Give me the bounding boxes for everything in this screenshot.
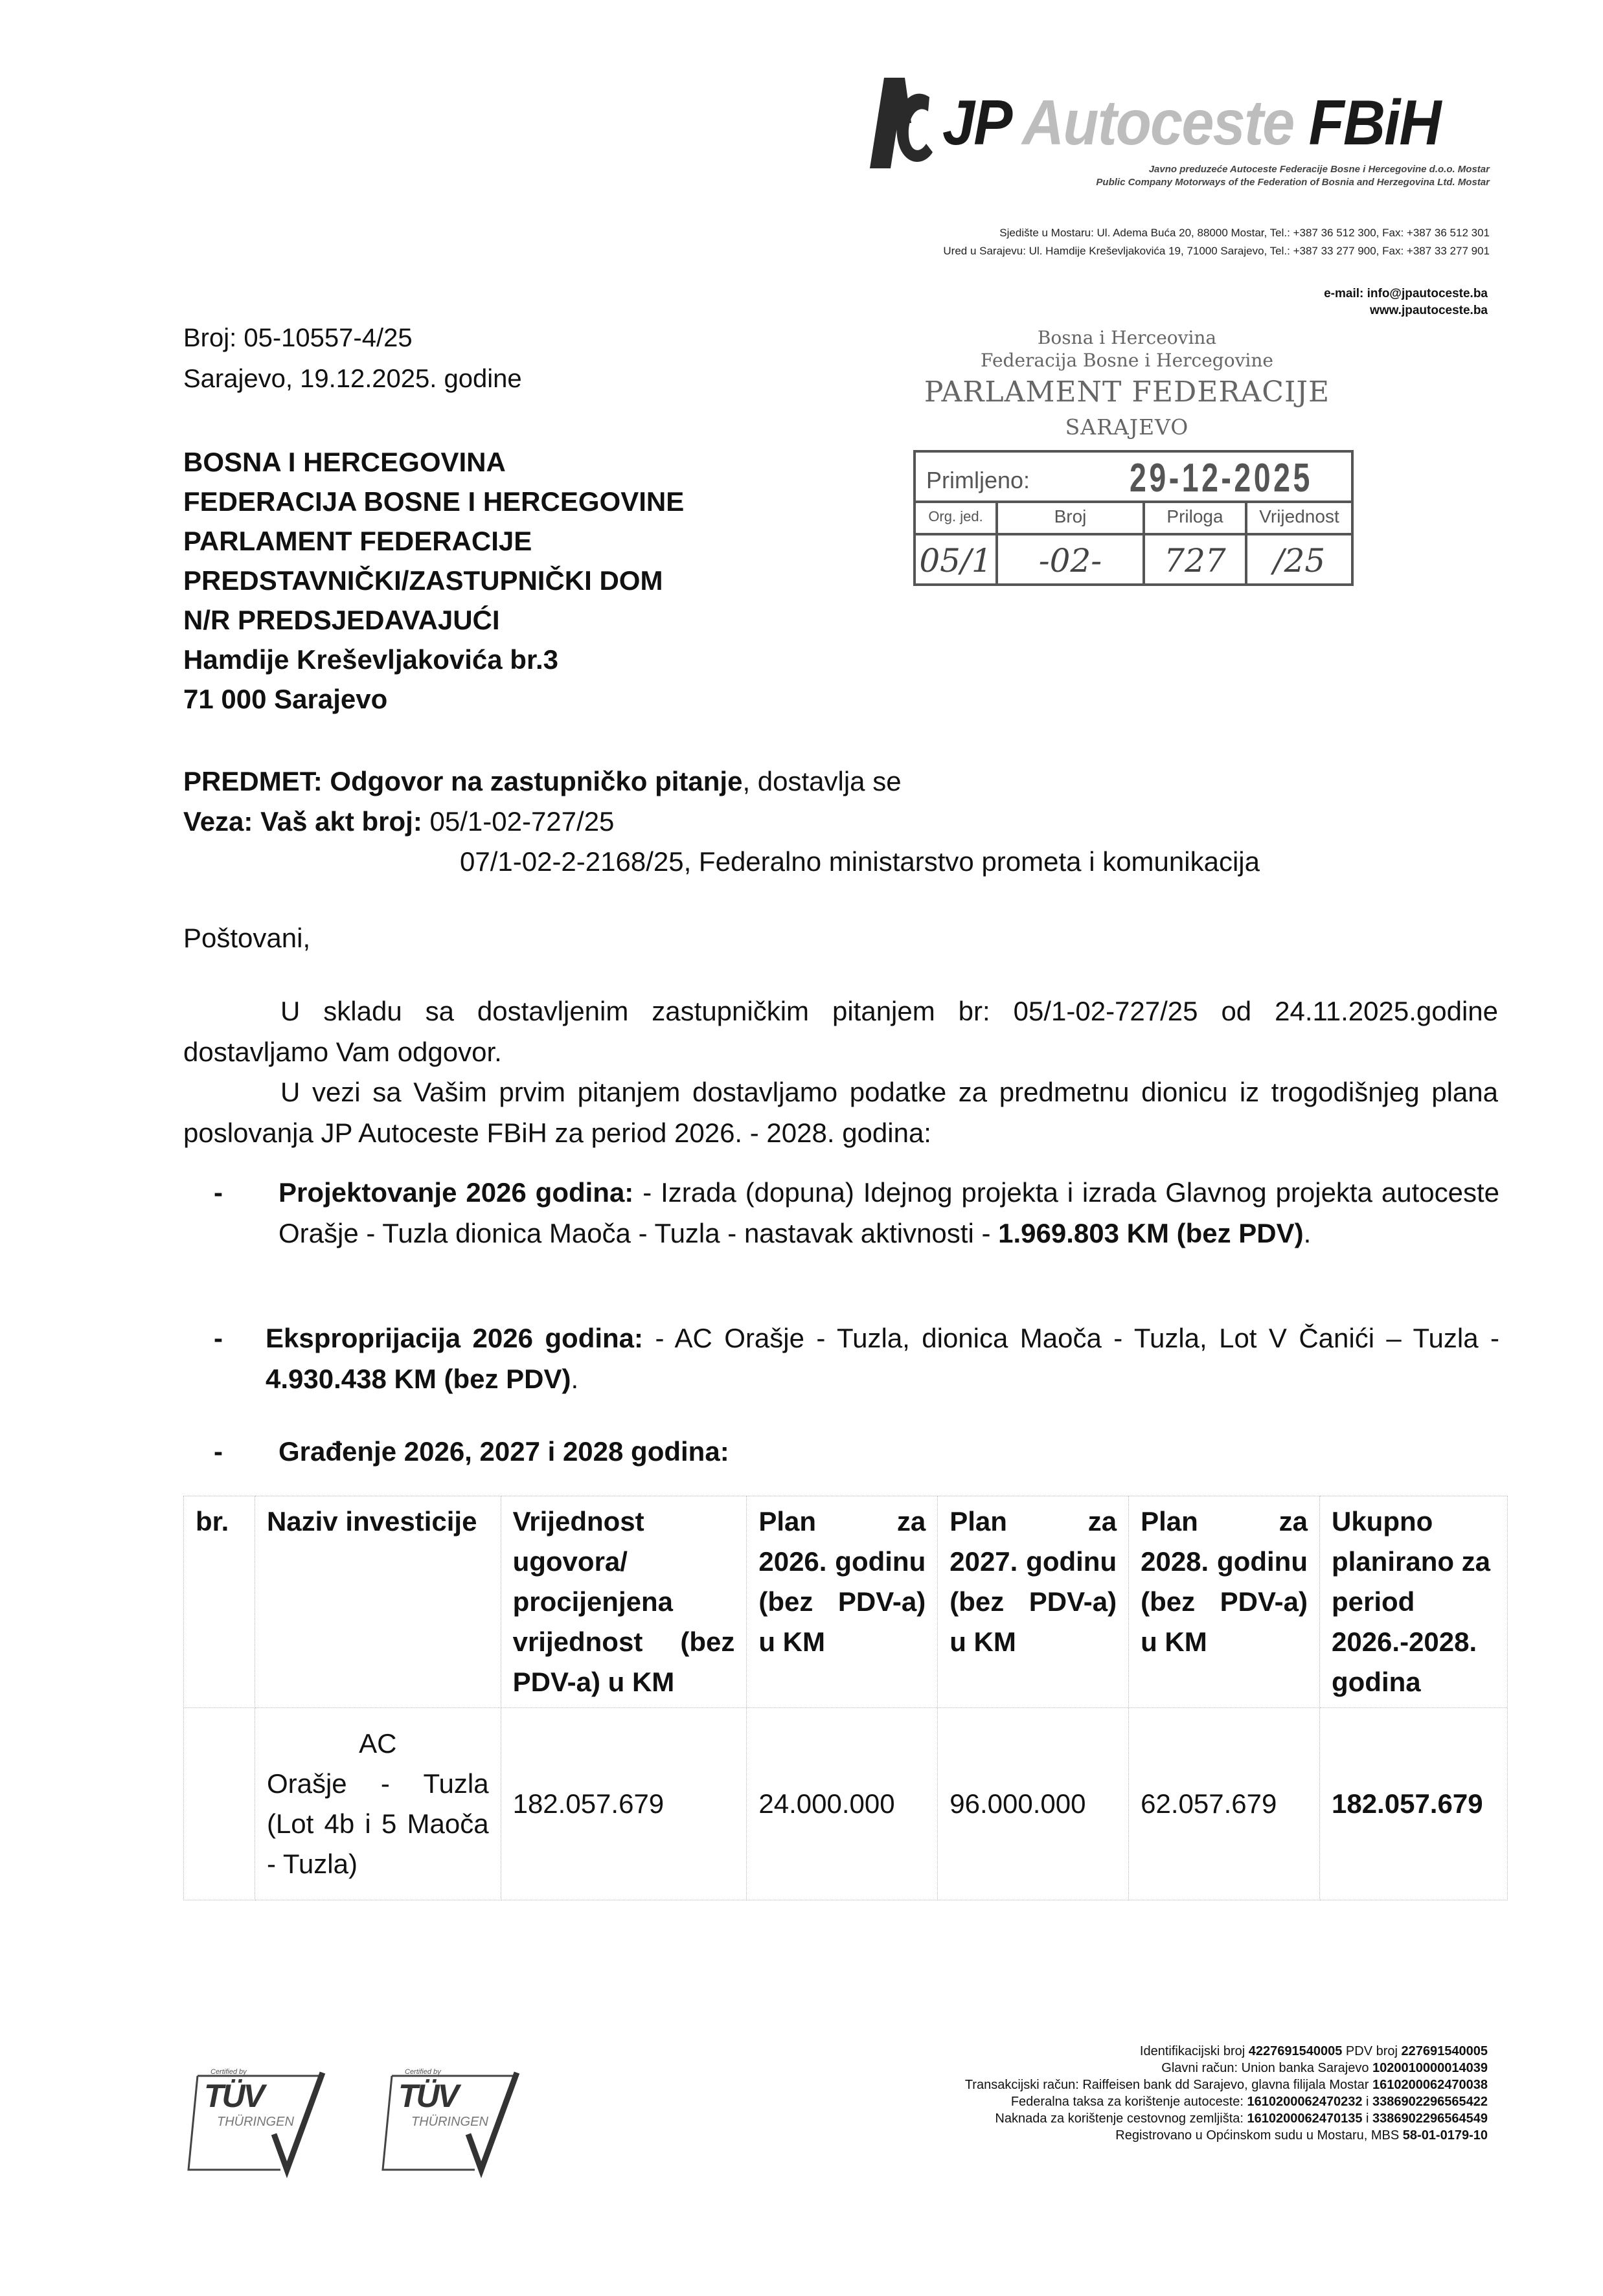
subject-label: PREDMET:: [183, 766, 323, 796]
legal-number: 1610200062470038: [1372, 2078, 1488, 2092]
received-stamp: Primljeno: 29-12-2025 Org. jed. Broj Pri…: [913, 450, 1354, 586]
stamp-line-3: PARLAMENT FEDERACIJE: [894, 376, 1360, 409]
bullet-projektovanje: Projektovanje 2026 godina: - Izrada (dop…: [214, 1172, 1499, 1254]
stamp-received-date: 29-12-2025: [1130, 455, 1313, 501]
subject-title: Odgovor na zastupničko pitanje: [330, 766, 742, 796]
cell-name-rest: Orašje - Tuzla (Lot 4b i 5 Maoča - Tuzla…: [267, 1768, 489, 1879]
tuv-cert-badge-1: Certified by TÜV THÜRINGEN: [178, 2058, 340, 2129]
cell-plan-2027: 96.000.000: [938, 1708, 1129, 1900]
subject-suffix: , dostavlja se: [742, 766, 901, 796]
bullet-amount: 4.930.438 KM (bez PDV): [266, 1364, 571, 1394]
cell-no: [184, 1708, 255, 1900]
recipient-line: PREDSTAVNIČKI/ZASTUPNIČKI DOM: [183, 561, 684, 600]
recipient-line: 71 000 Sarajevo: [183, 679, 684, 719]
legal-number: 1610200062470232: [1247, 2095, 1363, 2109]
stamp-col-org: Org. jed.: [916, 501, 998, 533]
recipient-line: BOSNA I HERCEGOVINA: [183, 442, 684, 482]
legal-number: 1610200062470135: [1247, 2111, 1363, 2126]
legal-text: Identifikacijski broj: [1140, 2044, 1249, 2058]
recipient-line: FEDERACIJA BOSNE I HERCEGOVINE: [183, 482, 684, 521]
legal-number: 227691540005: [1402, 2044, 1488, 2058]
legal-text: i: [1362, 2111, 1372, 2126]
document-place-date: Sarajevo, 19.12.2025. godine: [183, 365, 522, 394]
website-link[interactable]: www.jpautoceste.ba: [1370, 304, 1488, 318]
link-ref-1: 05/1-02-727/25: [430, 806, 615, 837]
subject-line: PREDMET: Odgovor na zastupničko pitanje,…: [183, 766, 902, 797]
col-header-contract-value: Vrijednost ugovora/ procijenjena vrijedn…: [501, 1496, 747, 1708]
col-header-plan-2026: Plan za 2026. godinu (bez PDV-a) u KM: [747, 1496, 938, 1708]
legal-number: 58-01-0179-10: [1403, 2128, 1488, 2143]
legal-line: Registrovano u Općinskom sudu u Mostaru,…: [965, 2127, 1488, 2144]
stamp-col-priloga: Priloga: [1145, 501, 1247, 533]
col-header-plan-2028: Plan za 2028. godinu (bez PDV-a) u KM: [1129, 1496, 1320, 1708]
link-ref-2: 07/1-02-2-2168/25, Federalno ministarstv…: [460, 846, 1260, 877]
recipient-line: Hamdije Kreševljakovića br.3: [183, 640, 684, 679]
cell-contract-value: 182.057.679: [501, 1708, 747, 1900]
bullet-text: - AC Orašje - Tuzla, dionica Maoča - Tuz…: [643, 1323, 1499, 1353]
paragraph-2-text: U vezi sa Vašim prvim pitanjem dostavlja…: [183, 1077, 1498, 1148]
recipient-address: BOSNA I HERCEGOVINA FEDERACIJA BOSNE I H…: [183, 442, 684, 719]
bullet-label: Projektovanje 2026 godina:: [279, 1177, 633, 1208]
company-logo-wordmark: JP Autoceste FBiH: [942, 91, 1440, 154]
investment-table: br. Naziv investicije Vrijednost ugovora…: [183, 1496, 1508, 1900]
bullet-amount: 1.969.803 KM (bez PDV): [998, 1218, 1304, 1248]
contact-mostar: Sjedište u Mostaru: Ul. Adema Buća 20, 8…: [999, 227, 1490, 240]
cert-region: THÜRINGEN: [411, 2115, 488, 2130]
cert-brand: TÜV: [204, 2077, 263, 2115]
stamp-received-label: Primljeno:: [926, 467, 1030, 494]
legal-line: Transakcijski račun: Raiffeisen bank dd …: [965, 2077, 1488, 2093]
bullet-end: .: [1304, 1218, 1312, 1248]
cell-total: 182.057.679: [1319, 1708, 1507, 1900]
logo-jp: JP: [942, 87, 1009, 158]
legal-text: i: [1362, 2095, 1372, 2109]
link-label: Veza: Vaš akt broj:: [183, 806, 422, 837]
company-subtitle-english: Public Company Motorways of the Federati…: [1096, 177, 1490, 188]
recipient-line: N/R PREDSJEDAVAJUĆI: [183, 600, 684, 640]
legal-number: 4227691540005: [1249, 2044, 1343, 2058]
legal-number: 3386902296564549: [1372, 2111, 1488, 2126]
tuv-cert-badge-2: Certified by TÜV THÜRINGEN: [372, 2058, 534, 2129]
stamp-line-4: SARAJEVO: [894, 414, 1360, 440]
stamp-line-2: Federacija Bosne i Hercegovine: [894, 350, 1360, 371]
paragraph-1: U skladu sa dostavljenim zastupničkim pi…: [183, 991, 1498, 1072]
legal-text: Glavni račun: Union banka Sarajevo: [1161, 2061, 1372, 2075]
bullet-eksproprijacija: Eksproprijacija 2026 godina: - AC Orašje…: [214, 1318, 1499, 1399]
cell-plan-2026: 24.000.000: [747, 1708, 938, 1900]
cell-name: AC Orašje - Tuzla (Lot 4b i 5 Maoča - Tu…: [255, 1708, 501, 1900]
company-subtitle-local: Javno preduzeće Autoceste Federacije Bos…: [1149, 164, 1490, 175]
cell-plan-2028: 62.057.679: [1129, 1708, 1320, 1900]
cert-brand: TÜV: [398, 2077, 457, 2115]
email-link[interactable]: e-mail: info@jpautoceste.ba: [1324, 287, 1488, 301]
legal-text: PDV broj: [1342, 2044, 1401, 2058]
col-header-total: Ukupno planirano za period 2026.-2028. g…: [1319, 1496, 1507, 1708]
legal-text: Naknada za korištenje cestovnog zemljišt…: [995, 2111, 1247, 2126]
legal-line: Glavni račun: Union banka Sarajevo 10200…: [965, 2060, 1488, 2077]
contact-sarajevo: Ured u Sarajevu: Ul. Hamdije Kreševljako…: [943, 245, 1490, 258]
stamp-val-broj: -02-: [998, 535, 1145, 586]
legal-number: 3386902296565422: [1372, 2095, 1488, 2109]
bullet-gradenje: Građenje 2026, 2027 i 2028 godina:: [214, 1431, 1499, 1472]
legal-text: Registrovano u Općinskom sudu u Mostaru,…: [1115, 2128, 1403, 2143]
document-number: Broj: 05-10557-4/25: [183, 324, 413, 353]
bullet-label: Eksproprijacija 2026 godina:: [266, 1323, 643, 1353]
legal-line: Identifikacijski broj 4227691540005 PDV …: [965, 2043, 1488, 2060]
bullet-label: Građenje 2026, 2027 i 2028 godina:: [279, 1436, 729, 1467]
logo-autoceste: Autoceste: [1022, 87, 1293, 158]
col-header-plan-2027: Plan za 2027. godinu (bez PDV-a) u KM: [938, 1496, 1129, 1708]
legal-text: Federalna taksa za korištenje autoceste:: [1011, 2095, 1247, 2109]
greeting: Poštovani,: [183, 923, 310, 954]
paragraph-2: U vezi sa Vašim prvim pitanjem dostavlja…: [183, 1072, 1498, 1153]
stamp-line-1: Bosna i Herceovina: [894, 327, 1360, 348]
recipient-line: PARLAMENT FEDERACIJE: [183, 521, 684, 561]
reference-link-line: Veza: Vaš akt broj: 05/1-02-727/25: [183, 806, 614, 837]
company-logo-icon: [865, 71, 936, 175]
table-header-row: br. Naziv investicije Vrijednost ugovora…: [184, 1496, 1508, 1708]
bullet-end: .: [571, 1364, 579, 1394]
cert-region: THÜRINGEN: [217, 2115, 294, 2130]
col-header-name: Naziv investicije: [255, 1496, 501, 1708]
legal-info: Identifikacijski broj 4227691540005 PDV …: [965, 2043, 1488, 2144]
stamp-val-org: 05/1: [916, 535, 998, 586]
table-row: AC Orašje - Tuzla (Lot 4b i 5 Maoča - Tu…: [184, 1708, 1508, 1900]
legal-line: Federalna taksa za korištenje autoceste:…: [965, 2093, 1488, 2110]
legal-number: 1020010000014039: [1372, 2061, 1488, 2075]
stamp-col-vrijednost: Vrijednost: [1247, 501, 1351, 533]
stamp-col-broj: Broj: [998, 501, 1145, 533]
paragraph-1-text: U skladu sa dostavljenim zastupničkim pi…: [183, 996, 1498, 1067]
stamp-val-priloga: 727: [1145, 535, 1247, 586]
cert-by-label: Certified by: [210, 2068, 247, 2076]
stamp-val-vrijednost: /25: [1247, 535, 1351, 586]
cert-by-label: Certified by: [405, 2068, 441, 2076]
cell-name-first: AC: [267, 1724, 489, 1764]
legal-text: Transakcijski račun: Raiffeisen bank dd …: [965, 2078, 1372, 2092]
logo-fbih: FBiH: [1309, 87, 1440, 158]
col-header-no: br.: [184, 1496, 255, 1708]
legal-line: Naknada za korištenje cestovnog zemljišt…: [965, 2110, 1488, 2127]
